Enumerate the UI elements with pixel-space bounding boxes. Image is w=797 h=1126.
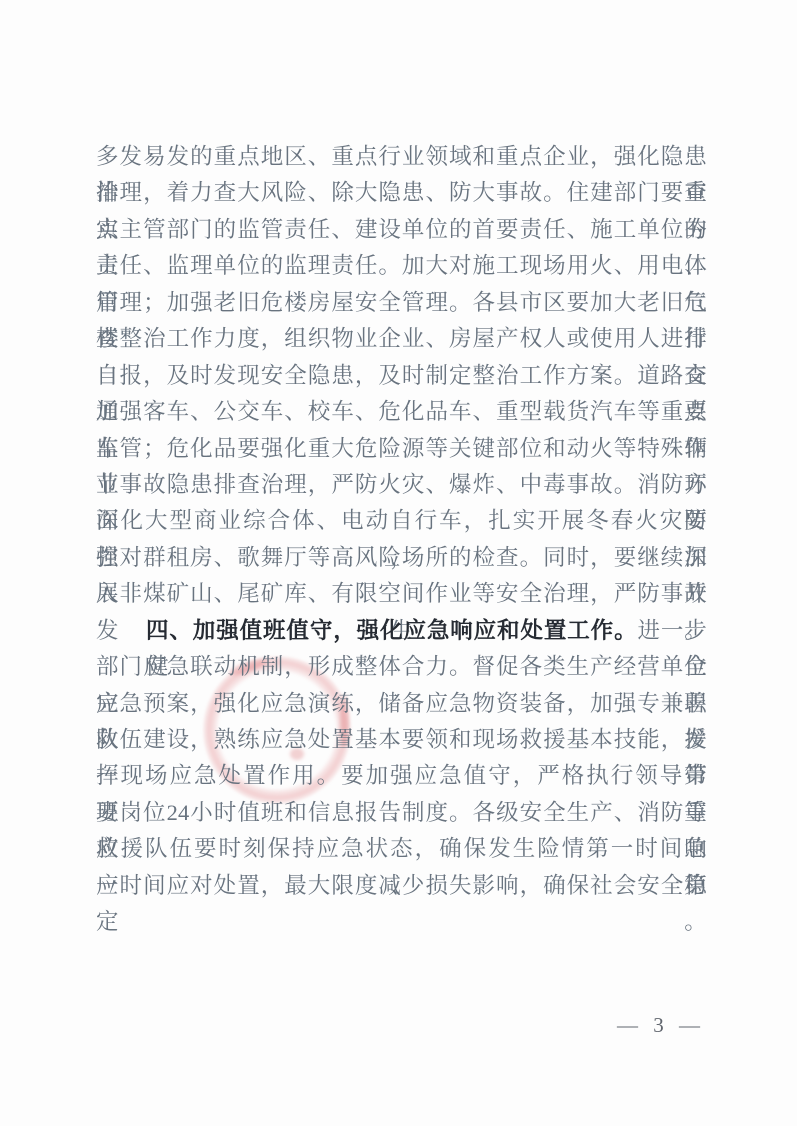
text-line: 实主管部门的监管责任、建设单位的首要责任、施工单位的主体 <box>96 212 707 248</box>
text-line: 一时间应对处置，最大限度减少损失影响，确保社会安全稳定。 <box>96 868 707 904</box>
text-line: 自报，及时发现安全隐患，及时制定整治工作方案。道路交通要 <box>96 358 707 394</box>
text-line: 队伍建设，熟练应急处置基本要领和现场救援基本技能，发挥第 <box>96 722 707 758</box>
text-line: 要岗位24小时值班和信息报告制度。各级安全生产、消防等应急 <box>96 795 707 831</box>
text-line: 治理，着力查大风险、除大隐患、防大事故。住建部门要重点夯 <box>96 175 707 211</box>
text-line: 展非煤矿山、尾矿库、有限空间作业等安全治理，严防事故发生。 <box>96 576 707 612</box>
document-page: 多发易发的重点地区、重点行业领域和重点企业，强化隐患排查治理，着力查大风险、除大… <box>0 0 797 1126</box>
text-line: 四、加强值班值守，强化应急响应和处置工作。进一步健全 <box>96 613 707 649</box>
text-line: 深化大型商业综合体、电动自行车，扎实开展冬春火灾防控，加 <box>96 503 707 539</box>
body-text-segment: 一时间应对处置，最大限度减少损失影响，确保社会安全稳定。 <box>96 873 707 934</box>
text-line: 节事故隐患排查治理，严防火灾、爆炸、中毒事故。消防方面要 <box>96 467 707 503</box>
text-line: 一现场应急处置作用。要加强应急值守，严格执行领导带班、重 <box>96 758 707 794</box>
document-body: 多发易发的重点地区、重点行业领域和重点企业，强化隐患排查治理，着力查大风险、除大… <box>96 139 707 904</box>
text-line: 强对群租房、歌舞厅等高风险场所的检查。同时，要继续深入开 <box>96 540 707 576</box>
text-line: 责任、监理单位的监理责任。加大对施工现场用火、用电、用气 <box>96 248 707 284</box>
text-line: 救援队伍要时刻保持应急状态，确保发生险情第一时间响应、第 <box>96 831 707 867</box>
text-line: 管理；加强老旧危楼房屋安全管理。各县市区要加大老旧危楼排 <box>96 285 707 321</box>
text-line: 多发易发的重点地区、重点行业领域和重点企业，强化隐患排查 <box>96 139 707 175</box>
text-line: 加强客车、公交车、校车、危化品车、重型载货汽车等重点车辆 <box>96 394 707 430</box>
text-line: 部门应急联动机制，形成整体合力。督促各类生产经营单位完善 <box>96 649 707 685</box>
text-line: 查整治工作力度，组织物业企业、房屋产权人或使用人进行自查 <box>96 321 707 357</box>
text-line: 监管；危化品要强化重大危险源等关键部位和动火等特殊作业环 <box>96 431 707 467</box>
page-number: — 3 — <box>617 1013 705 1038</box>
text-line: 应急预案，强化应急演练，储备应急物资装备，加强专兼职救援 <box>96 686 707 722</box>
section-heading-segment: 四、加强值班值守，强化应急响应和处置工作。 <box>146 618 637 643</box>
